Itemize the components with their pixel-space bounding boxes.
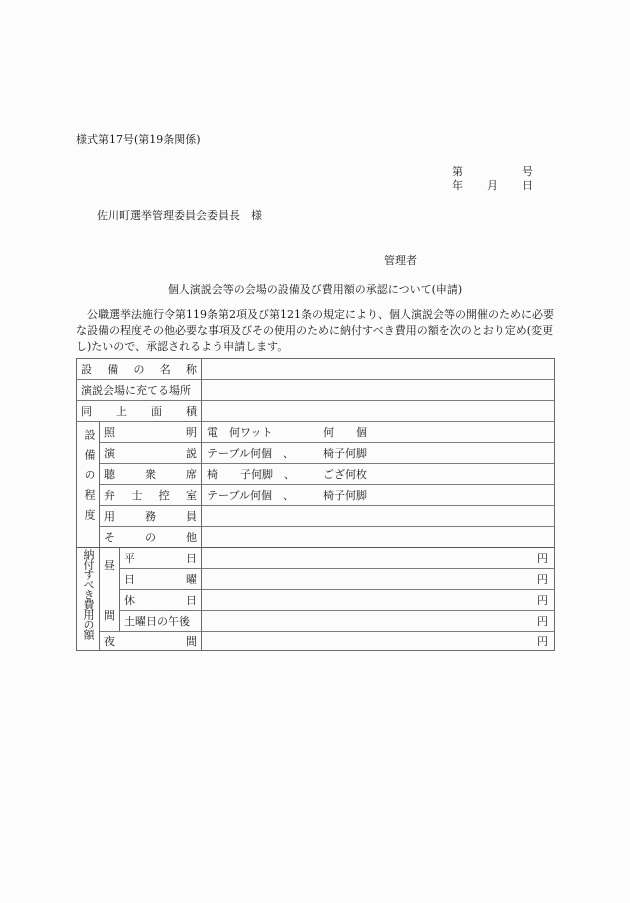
char: 弁 xyxy=(104,485,115,506)
fee-group-label: 納付すべき費用の額 xyxy=(82,549,94,651)
body-paragraph: 公職選挙法施行令第119条第2項及び第121条の規定により、個人演説会等の開催の… xyxy=(76,307,556,355)
label-night: 夜 間 xyxy=(100,631,201,652)
char: の xyxy=(134,359,145,380)
char: 設 xyxy=(81,359,92,380)
applicant-label: 管理者 xyxy=(384,252,417,268)
value-speaker-room-b[interactable]: 椅子何脚 xyxy=(323,485,367,506)
value-facility-name[interactable] xyxy=(202,359,554,380)
label-weekday: 平 日 xyxy=(120,548,201,569)
char: 他 xyxy=(186,527,197,548)
char: 士 xyxy=(131,485,142,506)
value-area[interactable] xyxy=(202,401,554,422)
yen-weekday: 円 xyxy=(537,548,548,569)
char: 員 xyxy=(186,506,197,527)
yen-night: 円 xyxy=(537,631,548,652)
application-table: 設 備 の 名 称 演説会場に充てる場所 同 上 面 積 設備の程度 照 明 電… xyxy=(76,358,555,651)
char: 務 xyxy=(145,506,156,527)
label-facility-name: 設 備 の 名 称 xyxy=(77,359,201,380)
char: 間 xyxy=(186,631,197,652)
value-speech-a[interactable]: テーブル何個 、 xyxy=(207,443,294,464)
yen-holiday: 円 xyxy=(537,590,548,611)
form-number: 様式第17号(第19条関係) xyxy=(76,131,201,147)
char: の xyxy=(145,527,156,548)
char: 夜 xyxy=(104,631,115,652)
char: 称 xyxy=(186,359,197,380)
date-day: 日 xyxy=(522,177,533,193)
char: 日 xyxy=(124,569,135,590)
label-area: 同 上 面 積 xyxy=(77,401,201,422)
char: 明 xyxy=(186,422,197,443)
char: 演 xyxy=(104,443,115,464)
char: 積 xyxy=(186,401,197,422)
char: 控 xyxy=(159,485,170,506)
label-speech: 演 説 xyxy=(100,443,201,464)
char: 名 xyxy=(160,359,171,380)
yen-saturday-afternoon: 円 xyxy=(537,611,548,632)
char: 席 xyxy=(186,464,197,485)
label-staff: 用 務 員 xyxy=(100,506,201,527)
label-speaker-room: 弁 士 控 室 xyxy=(100,485,201,506)
char: 平 xyxy=(124,548,135,569)
value-other[interactable] xyxy=(207,527,547,548)
char: 日 xyxy=(186,590,197,611)
char: 上 xyxy=(116,401,127,422)
value-audience-b[interactable]: ござ何枚 xyxy=(323,464,367,485)
document-title: 個人演説会等の会場の設備及び費用額の承認について(申請) xyxy=(0,281,630,297)
char: 休 xyxy=(124,590,135,611)
yen-sunday: 円 xyxy=(537,569,548,590)
char: 演説会場に充てる場所 xyxy=(81,380,191,401)
value-audience-a[interactable]: 椅 子何脚 、 xyxy=(207,464,295,485)
value-lighting-a[interactable]: 電 何ワット xyxy=(207,422,272,443)
label-audience-seats: 聴 衆 席 xyxy=(100,464,201,485)
label-sunday: 日 曜 xyxy=(120,569,201,590)
daytime-label-bottom: 間 xyxy=(104,607,115,623)
char: そ xyxy=(104,527,115,548)
char: 用 xyxy=(104,506,115,527)
date-year: 年 xyxy=(452,177,463,193)
label-saturday-afternoon: 土曜日の午後 xyxy=(120,611,201,632)
label-lighting: 照 明 xyxy=(100,422,201,443)
char: 聴 xyxy=(104,464,115,485)
char: 面 xyxy=(151,401,162,422)
char: 備 xyxy=(107,359,118,380)
char: 照 xyxy=(104,422,115,443)
label-other: そ の 他 xyxy=(100,527,201,548)
char: 説 xyxy=(186,443,197,464)
char: 衆 xyxy=(145,464,156,485)
value-staff[interactable] xyxy=(207,506,547,527)
value-speech-b[interactable]: 椅子何脚 xyxy=(323,443,367,464)
daytime-label-top: 昼 xyxy=(104,557,115,573)
char: 室 xyxy=(186,485,197,506)
char: 曜 xyxy=(186,569,197,590)
char: 土曜日の午後 xyxy=(124,611,190,632)
date-month: 月 xyxy=(487,177,498,193)
label-venue-location: 演説会場に充てる場所 xyxy=(77,380,201,401)
char: 日 xyxy=(186,548,197,569)
value-venue-location[interactable] xyxy=(202,380,554,401)
label-holiday: 休 日 xyxy=(120,590,201,611)
char: 同 xyxy=(81,401,92,422)
value-speaker-room-a[interactable]: テーブル何個 、 xyxy=(207,485,294,506)
addressee: 佐川町選挙管理委員会委員長 様 xyxy=(97,207,262,223)
value-lighting-b[interactable]: 何 個 xyxy=(323,422,367,443)
equipment-group-label: 設備の程度 xyxy=(81,429,97,541)
